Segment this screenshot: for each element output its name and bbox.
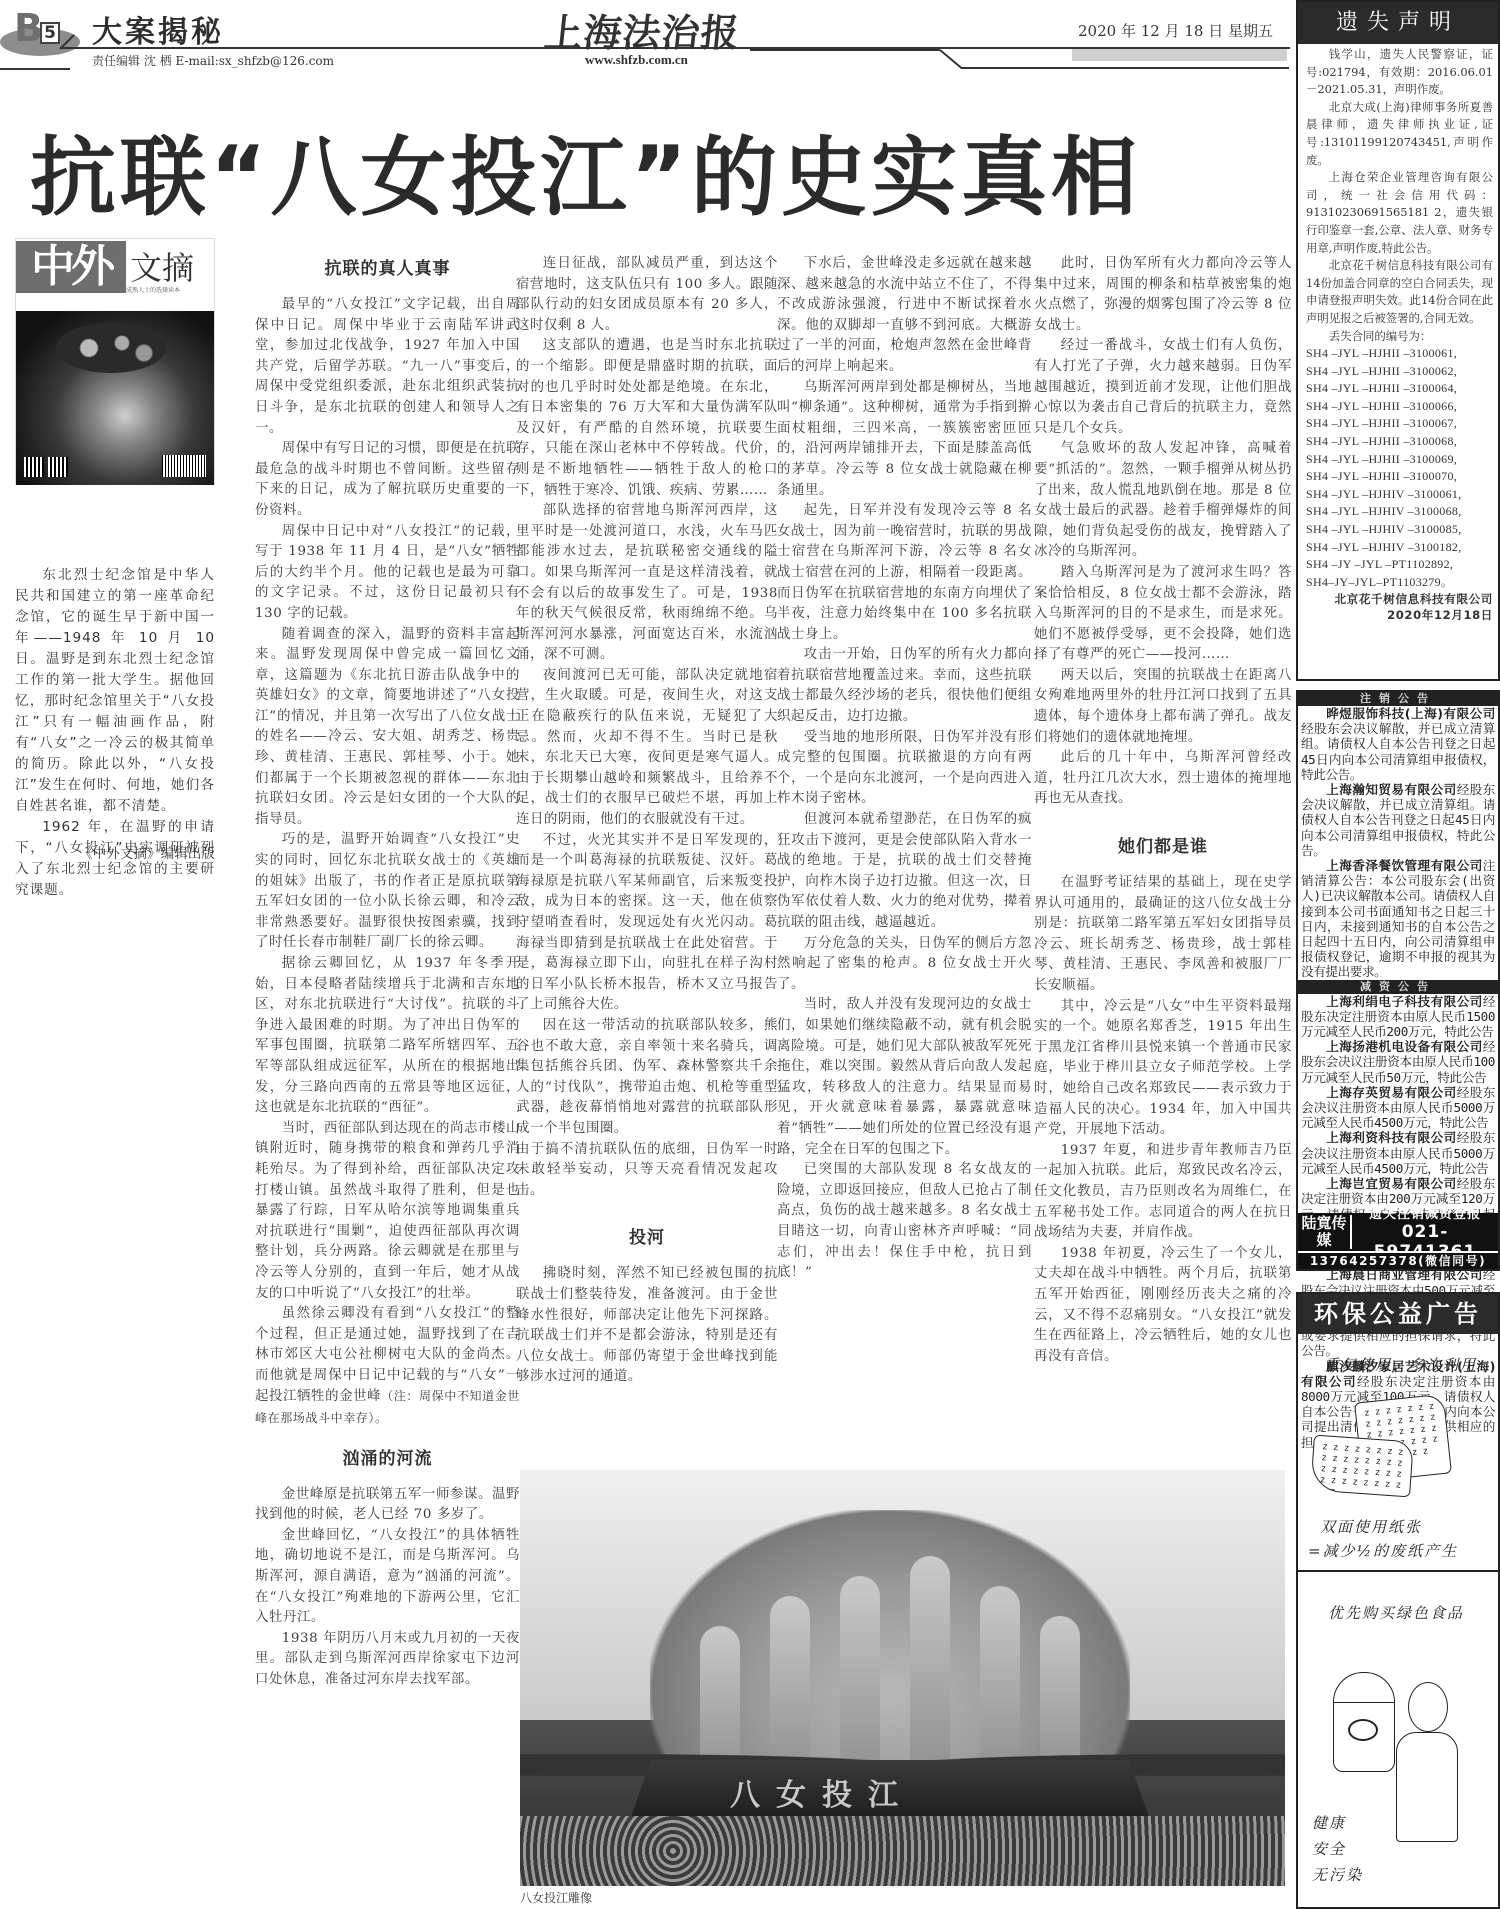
groceries-icon (1333, 1672, 1395, 1704)
qr-code-icon (24, 457, 44, 477)
paragraph: 两天以后，突围的抗联战士在距离八女殉难地两里外的牡丹江河口找到了五具遗体，每个遗… (1034, 666, 1292, 748)
header-rule-lower (0, 68, 70, 70)
subheading-turbulent-river: 汹涌的河流 (255, 1444, 520, 1469)
eco-psa-title: 环保公益广告 (1298, 1294, 1498, 1334)
contract-code: SH4 –JYL –HJHIV –3100182, (1306, 539, 1493, 557)
newspaper-logo: 上海法治报 (542, 2, 743, 57)
paragraph: 随着调查的深入，温野的资料丰富起来。温野发现周保中曾完成一篇回忆文章，这篇题为《… (255, 625, 520, 831)
page-letter: B (14, 6, 41, 50)
paragraph: 受当地的地形所限，日伪军并没有形成完整的包围圈。抗联撤退的方向有两个，一个是向东… (777, 728, 1032, 810)
notice-item: 上海扬港机电设备有限公司经股东会决议注册资本由原人民币100万元减至人民币50万… (1301, 1039, 1495, 1085)
classified-notices-box: 注销公告 晔煜服饰科技(上海)有限公司经股东会决议解散，并已成立清算组。请债权人… (1296, 690, 1500, 1271)
contract-code: SH4 –JYL –HJHII –3100070, (1306, 468, 1493, 486)
subheading-true-story: 抗联的真人真事 (255, 254, 520, 279)
notice-item: 上海利绢电子科技有限公司经股东决定注册资本由原人民币1500万元减至人民币200… (1301, 994, 1495, 1040)
paragraph: 这支部队的遭遇，也是当时东北抗联的一个缩影。即便是鼎盛时期的抗联，面对的也几乎时… (516, 336, 778, 501)
page-number-badge: B 5 (0, 6, 82, 52)
panel1-caption-top: 重复使用，多次利用 (1324, 1354, 1477, 1375)
agency-wechat[interactable]: 13764257378(微信同号) (1298, 1252, 1498, 1269)
contract-code: SH4 –JY –JYL –PT1102892, (1306, 556, 1493, 574)
article-column-2: 连日征战，部队减员严重，到达这个宿营地时，这支队伍只有 100 多人。跟随部队行… (516, 254, 778, 1388)
section-title: 大案揭秘 (92, 7, 224, 51)
notice-paragraph: 钱学山，遗失人民警察证，证号:021794，有效期：2016.06.01－202… (1306, 46, 1493, 99)
company-name: 上海利资科技有限公司 (1326, 1130, 1457, 1145)
shopping-bag-icon (1333, 1702, 1395, 1772)
notice-text: 经股东会决议解散，并已成立清算组。请债权人自本公告刊登之日起45日内向本公司清算… (1301, 721, 1495, 782)
contract-code: SH4 –JYL –HJHII –3100069, (1306, 451, 1493, 469)
contract-code: SH4 –JYL –HJHII –3100062, (1306, 363, 1493, 381)
masthead: B 5 大案揭秘 责任编辑 沈 栖 E-mail:sx_shfzb@126.co… (0, 0, 1290, 72)
paragraph: 金世峰原是抗联第五军一师参谋。温野找到他的时候，老人已经 70 多岁了。 (255, 1485, 520, 1526)
notice-sign-date: 2020年12月18日 (1306, 607, 1493, 623)
contract-code: SH4–JY–JYL–PT1103279。 (1306, 574, 1493, 592)
contract-code: SH4 –JYL –HJHIV –3100068, (1306, 503, 1493, 521)
paragraph: 当时，西征部队到达现在的尚志市楼山镇附近时，随身携带的粮食和弹药几乎消耗殆尽。为… (255, 1119, 520, 1304)
paragraph: 其中，冷云是“八女”中生平资料最翔实的一个。她原名郑香芝，1915 年出生于黑龙… (1034, 997, 1292, 1141)
contract-code: SH4 –JYL –HJHII –3100061, (1306, 345, 1493, 363)
paragraph: 据徐云卿回忆，从 1937 年冬季开始，日本侵略者陆续增兵于北满和吉东地区，对东… (255, 954, 520, 1119)
barcode-icon (162, 455, 206, 477)
subheading-who-were-they: 她们都是谁 (1034, 832, 1292, 857)
green-food-logo-icon (1348, 1719, 1378, 1741)
notice-item: 上海利资科技有限公司经股东会决议注册资本由原人民币5000万元减至人民币4500… (1301, 1130, 1495, 1176)
panel2-caption-top: 优先购买绿色食品 (1328, 1602, 1464, 1623)
lost-notice-body: 钱学山，遗失人民警察证，证号:021794，有效期：2016.06.01－202… (1298, 44, 1498, 623)
paragraph: 下水后，金世峰没走多远就在越来越深、越来越急的水流中站立不住了，不得不改成游泳强… (777, 254, 1032, 378)
paragraph: 乌斯浑河两岸到处都是柳树丛，当地叫“柳条通”。这种柳树，通常为手指到擀面杖粗细，… (777, 378, 1032, 502)
panel2-word: 健康 (1312, 1812, 1346, 1833)
contract-code: SH4 –JYL –HJHII –3100066, (1306, 398, 1493, 416)
magazine-masthead: 中外 文摘 成熟人士的选择读本 (16, 239, 214, 309)
paragraph: 部队选择的宿营地乌斯浑河西岸，这里平时是一处渡河道口，水浅，火车马匹都能涉水过去… (516, 501, 778, 666)
statue-photo: 八女投江 (520, 1470, 1285, 1886)
eco-panel-paper: 重复使用，多次利用 z z z z z z z z z z z z z z z … (1298, 1334, 1498, 1572)
magazine-cover-image: 中外 文摘 成熟人士的选择读本 (15, 238, 215, 485)
contract-code: SH4 –JYL –HJHII –3100068, (1306, 433, 1493, 451)
paragraph: 气急败坏的敌人发起冲锋，高喊着要“抓活的”。忽然，一颗手榴弹从树丛扔了出来，敌人… (1034, 439, 1292, 563)
paragraph: 1938 年阴历八月末或九月初的一天夜里。部队走到乌斯浑河西岸徐家屯下边河口处休… (255, 1629, 520, 1691)
notice-paragraph: 北京大成(上海)律师事务所夏善晨律师，遗失律师执业证,证号:1310119912… (1306, 99, 1493, 169)
paragraph: 因在这一带活动的抗联部队较多，熊谷也不敢大意，亲自率领十来名骑兵，调集包括熊谷兵… (516, 1016, 778, 1140)
paragraph: 踏入乌斯浑河是为了渡河求生吗？答案恰恰相反，8 位女战士都不会游泳，踏入乌斯浑河… (1034, 563, 1292, 666)
paragraph: 周保中有写日记的习惯，即便是在抗联最危急的战斗时期也不曾间断。这些留存下来的日记… (255, 439, 520, 521)
company-name: 上海岂宜贸易有限公司 (1326, 1176, 1457, 1191)
notice-item: 上海香泽餐饮管理有限公司注销清算公告：本公司股东会(出资人)已决议解散本公司。请… (1301, 858, 1495, 980)
contract-code: SH4 –JYL –HJHII –3100064, (1306, 380, 1493, 398)
editor-credit: 责任编辑 沈 栖 E-mail:sx_shfzb@126.com (92, 52, 334, 69)
paragraph: 连日征战，部队减员严重，到达这个宿营地时，这支队伍只有 100 多人。跟随部队行… (516, 254, 778, 336)
ad-agency-contact: 陆寬传媒 遗失注销减资登报 021-59741361 (1298, 1213, 1498, 1251)
paragraph: 1937 年夏，和进步青年教师吉乃臣一起加入抗联。此后，郑致民改名冷云，任文化教… (1034, 1141, 1292, 1244)
plinth-inscription: 八女投江 (730, 1770, 914, 1814)
capital-reduction-title: 减资公告 (1298, 980, 1498, 994)
paragraph: 由于搞不清抗联队伍的底细，日伪军一时未敢轻举妄动，只等天亮看情况发起攻击。 (516, 1140, 778, 1202)
magazine-title-small: 文摘 (130, 243, 194, 289)
agency-brand: 陆寬传媒 (1298, 1215, 1352, 1249)
article-column-3: 下水后，金世峰没走多远就在越来越深、越来越急的水流中站立不住了，不得不改成游泳强… (777, 254, 1032, 1284)
paragraph: 起先，日军并没有发现冷云等 8 名女战士，因为前一晚宿营时，抗联的男战士宿营在乌… (777, 501, 1032, 645)
lost-notice-box: 遗失声明 钱学山，遗失人民警察证，证号:021794，有效期：2016.06.0… (1296, 0, 1500, 681)
company-name: 上海存英贸易有限公司 (1326, 1085, 1457, 1100)
eco-psa-box: 环保公益广告 重复使用，多次利用 z z z z z z z z z z z z… (1296, 1292, 1500, 1909)
paragraph: 此时，日伪军所有火力都向冷云等人集中过来，周围的柳条和枯草被密集的炮火点燃了，弥… (1034, 254, 1292, 336)
company-name: 上海利绢电子科技有限公司 (1326, 994, 1483, 1009)
paragraph: 经过一番战斗，女战士们有人负伤，有人打光了子弹，火力越来越弱。日伪军越围越近，摸… (1034, 336, 1292, 439)
magazine-tagline: 成熟人士的选择读本 (126, 285, 180, 294)
promo-credit: 《中外文摘》编辑出版 (15, 842, 215, 862)
page-number: 5 (40, 22, 60, 44)
eco-panel-green-food: 优先购买绿色食品 健康 安全 无污染 (1298, 1572, 1498, 1907)
article-column-4: 此时，日伪军所有火力都向冷云等人集中过来，周围的柳条和枯草被密集的炮火点燃了，弥… (1034, 254, 1292, 1367)
paragraph: 周保中日记中对“八女投江”的记载，写于 1938 年 11 月 4 日，是“八女… (255, 522, 520, 625)
paragraph: 1938 年初夏，冷云生了一个女儿，丈夫却在战斗中牺牲。两个月后，抗联第五军开始… (1034, 1244, 1292, 1368)
contract-code: SH4 –JYL –HJHIV –3100085, (1306, 521, 1493, 539)
subheading-into-river: 投河 (516, 1223, 778, 1248)
flower-bed (520, 1816, 1285, 1886)
photo-caption: 八女投江雕像 (520, 1889, 592, 1906)
paragraph: 万分危急的关头，日伪军的侧后方忽然响起了密集的枪声。8 位女战士开火了。 (777, 934, 1032, 996)
notice-item: 晔煜服饰科技(上海)有限公司经股东会决议解散，并已成立清算组。请债权人自本公告刊… (1301, 706, 1495, 782)
notice-paragraph: 丢失合同的编号为： (1306, 328, 1493, 346)
promo-paragraph: 东北烈士纪念馆是中华人民共和国建立的第一座革命纪念馆，它的诞生早于新中国一年——… (15, 565, 215, 817)
paragraph: 此后的几十年中，乌斯浑河曾经改道，牡丹江几次大水，烈士遗体的掩埋地再也无从查找。 (1034, 748, 1292, 810)
company-name: 晔煜服饰科技(上海)有限公司 (1326, 706, 1495, 721)
company-name: 上海扬港机电设备有限公司 (1326, 1039, 1483, 1054)
cancellation-notices: 晔煜服饰科技(上海)有限公司经股东会决议解散，并已成立清算组。请债权人自本公告刊… (1298, 706, 1498, 980)
panel1-caption-line1: 双面使用纸张 (1320, 1516, 1422, 1537)
paper-sheet-icon: z z z z z z z z z z z z z z z z z z z z … (1310, 1435, 1414, 1498)
notice-text: 注销清算公告：本公司股东会(出资人)已决议解散本公司。请债权人自接到本公司书面通… (1301, 858, 1495, 979)
cancellation-notice-title: 注销公告 (1298, 692, 1498, 706)
notice-signer: 北京花千树信息科技有限公司 (1306, 591, 1493, 607)
paragraph: 攻击一开始，日伪军的所有火力都向着抗联宿营地覆盖过来。幸而，这些抗联战士都最久经… (777, 645, 1032, 727)
paragraph: 最早的“八女投江”文字记载，出自周保中日记。周保中毕业于云南陆军讲武堂，参加过北… (255, 295, 520, 439)
paragraph: 不过，火光其实并不是日军发现的，而是一个叫葛海禄的抗联叛徒、汉奸。葛海禄原是抗联… (516, 831, 778, 1016)
qr-code-icon (48, 457, 68, 477)
panel2-word: 安全 (1312, 1838, 1346, 1859)
deco-rule (750, 49, 940, 51)
notice-item: 上海瀚知贸易有限公司经股东会决议解散，并已成立清算组。请债权人自本公告刊登之日起… (1301, 782, 1495, 858)
date-underbar (1072, 49, 1287, 61)
notice-item: 上海存英贸易有限公司经股东会决议注册资本由原人民币5000万元减至人民币4500… (1301, 1085, 1495, 1131)
magazine-cover-photo (16, 311, 214, 485)
paragraph: 在温野考证结果的基础上，现在史学界认可通用的，最确证的这八位女战士分别是：抗联第… (1034, 873, 1292, 997)
notice-paragraph: 上海仓荣企业管理咨询有限公司，统一社会信用代码：9131023069156518… (1306, 169, 1493, 257)
issue-date: 2020 年 12 月 18 日 星期五 (1078, 20, 1273, 41)
paragraph: 夜间渡河已无可能，部队决定就地宿营，生火取暖。可是，夜间生火，对这支正在隐蔽疾行… (516, 666, 778, 831)
paragraph: 金世峰回忆，“八女投江”的具体牺牲地，确切地说不是江，而是乌斯浑河。乌斯浑河，源… (255, 1526, 520, 1629)
lost-notice-title: 遗失声明 (1298, 2, 1498, 44)
article-headline: 抗联“八女投江”的史实真相 (30, 108, 1141, 232)
magazine-title-big: 中外 (16, 241, 126, 293)
paragraph: 巧的是，温野开始调查“八女投江”史实的同时，回忆东北抗联女战士的《英雄的姐妹》出… (255, 830, 520, 954)
agency-service: 遗失注销减资登报 (1352, 1203, 1498, 1222)
deco-rule-diagonal (939, 49, 962, 69)
paragraph: 拂晓时刻，浑然不知已经被包围的抗联战士们整装待发，准备渡河。由于金世峰水性很好，… (516, 1264, 778, 1388)
company-name: 上海瀚知贸易有限公司 (1326, 782, 1457, 797)
paragraph: 已突围的大部队发现 8 名女战友的险境，立即返回接应，但敌人已抢占了制高点，负伤… (777, 1160, 1032, 1284)
girl-head-icon (1408, 1682, 1448, 1732)
article-column-1: 抗联的真人真事 最早的“八女投江”文字记载，出自周保中日记。周保中毕业于云南陆军… (255, 254, 520, 1691)
panel2-word: 无污染 (1312, 1864, 1363, 1885)
paragraph: 但渡河本就希望渺茫，在日伪军的疯狂攻击下渡河，更是会使部队陷入背水一战的绝地。于… (777, 810, 1032, 934)
company-name: 上海香泽餐饮管理有限公司 (1326, 858, 1483, 873)
contract-code: SH4 –JYL –HJHII –3100067, (1306, 415, 1493, 433)
deco-rule-lower (961, 67, 1289, 69)
website-link[interactable]: www.shfzb.com.cn (585, 52, 688, 68)
panel1-caption-line2: =减少½的废纸产生 (1308, 1540, 1458, 1561)
contract-code: SH4 –JYL –HJHIV –3100061, (1306, 486, 1493, 504)
flower-crown (56, 323, 166, 373)
paragraph: 当时，敌人并没有发现河边的女战士们，如果她们继续隐蔽不动，就有机会脱离险境。可是… (777, 995, 1032, 1160)
notice-paragraph: 北京花千树信息科技有限公司有14份加盖合同章的空白合同丢失，现申请登报声明失效。… (1306, 257, 1493, 327)
girl-body-icon (1396, 1732, 1458, 1842)
